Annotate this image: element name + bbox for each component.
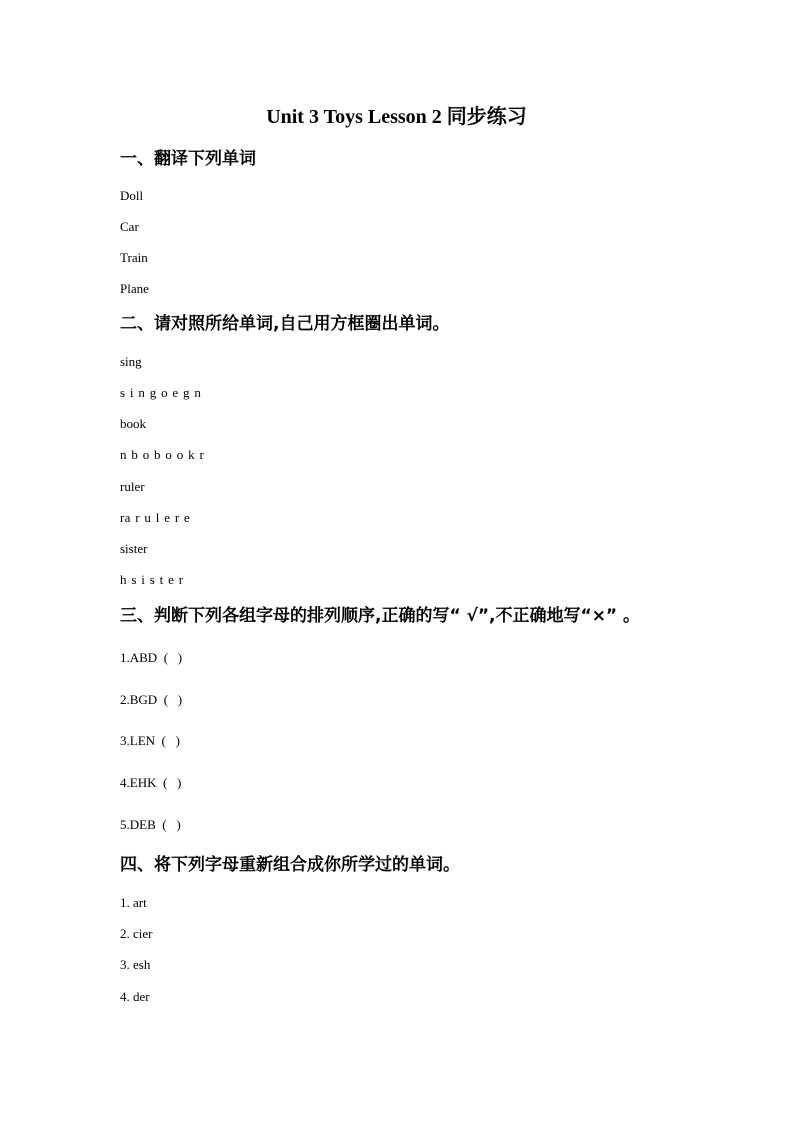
section-3-item: 5.DEB ( ) <box>120 817 181 833</box>
section-4-item: 1. art <box>120 895 147 911</box>
section-3-item: 2.BGD ( ) <box>120 692 182 708</box>
section-2-item: book <box>120 416 146 432</box>
section-2-item: h s i s t e r <box>120 572 183 588</box>
page-title: Unit 3 Toys Lesson 2 同步练习 <box>0 104 793 130</box>
section-2-item: n b o b o o k r <box>120 447 204 463</box>
section-1-heading: 一、翻译下列单词 <box>120 148 256 170</box>
section-3-item: 1.ABD ( ) <box>120 650 182 666</box>
section-1-item: Doll <box>120 188 143 204</box>
section-3-heading: 三、判断下列各组字母的排列顺序,正确的写“ √”,不正确地写“×” 。 <box>120 605 640 627</box>
section-1-item: Car <box>120 219 139 235</box>
section-2-item: ruler <box>120 479 145 495</box>
section-2-item: sing <box>120 354 142 370</box>
section-2-item: s i n g o e g n <box>120 385 201 401</box>
section-4-item: 2. cier <box>120 926 152 942</box>
section-2-item: ra r u l e r e <box>120 510 190 526</box>
document-page: Unit 3 Toys Lesson 2 同步练习 一、翻译下列单词 Doll … <box>0 0 793 1122</box>
section-4-item: 3. esh <box>120 957 150 973</box>
section-4-heading: 四、将下列字母重新组合成你所学过的单词。 <box>120 854 460 876</box>
section-3-item: 4.EHK ( ) <box>120 775 181 791</box>
section-2-item: sister <box>120 541 147 557</box>
section-2-heading: 二、请对照所给单词,自己用方框圈出单词。 <box>120 313 449 335</box>
section-3-item: 3.LEN ( ) <box>120 733 180 749</box>
section-1-item: Plane <box>120 281 149 297</box>
section-1-item: Train <box>120 250 148 266</box>
section-4-item: 4. der <box>120 989 150 1005</box>
